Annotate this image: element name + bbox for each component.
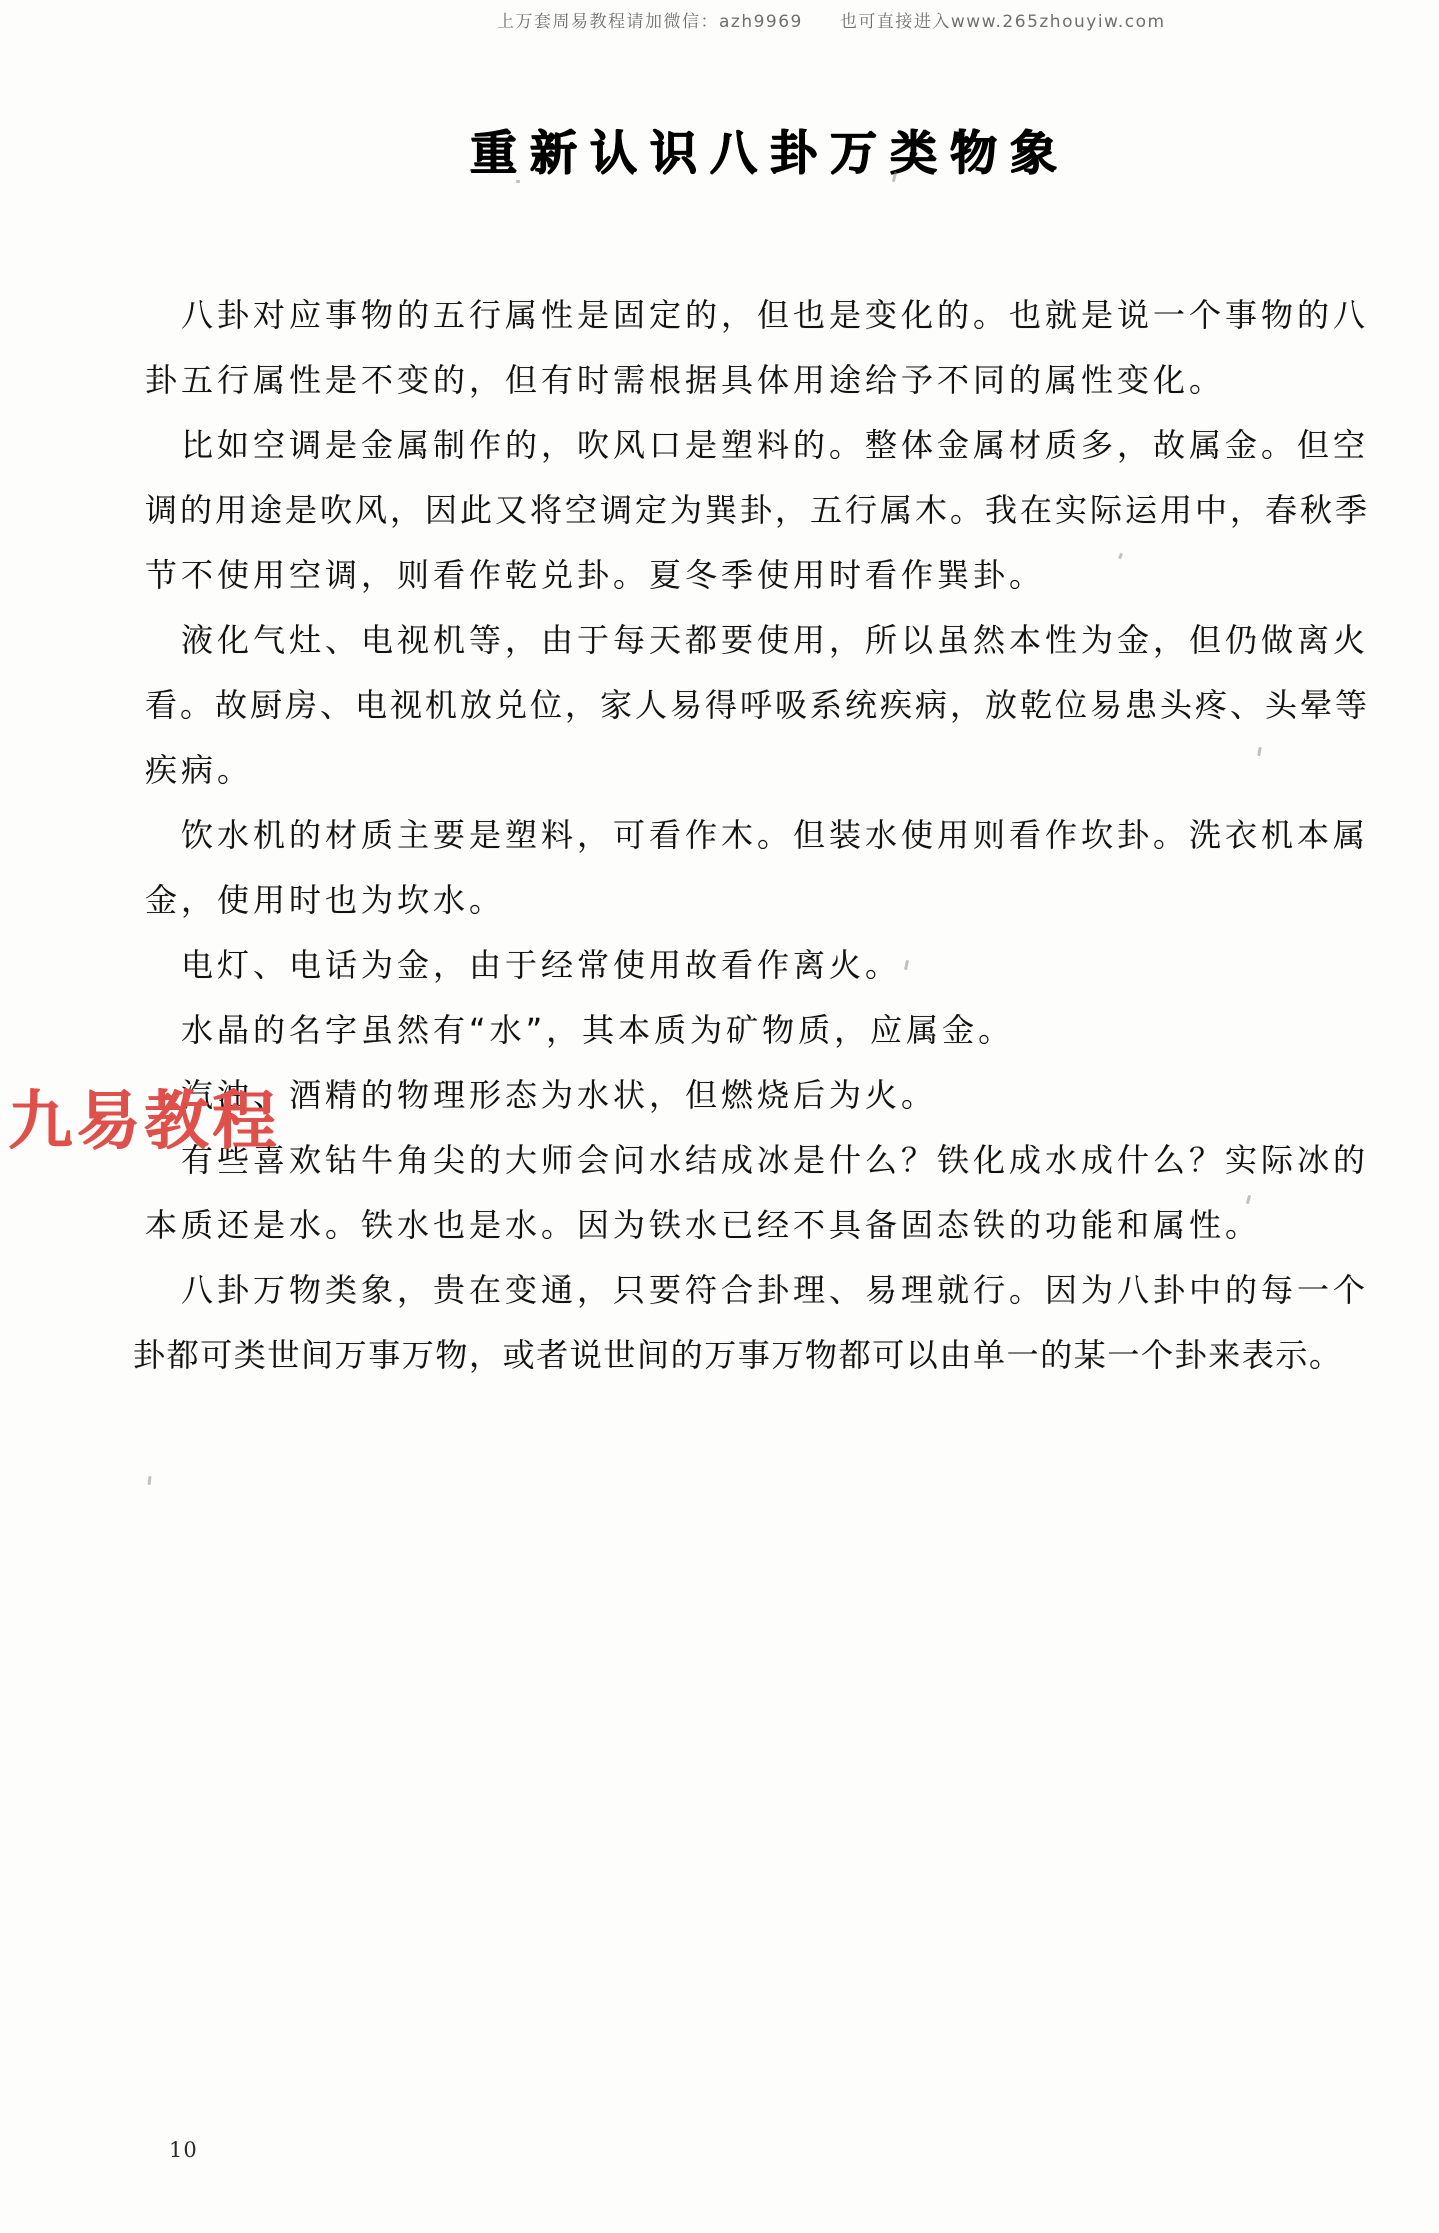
scan-header-note: 上万套周易教程请加微信：azh9969 也可直接进入www.265zhouyiw… bbox=[497, 7, 1166, 32]
body-line: 节不使用空调，则看作乾兑卦。夏冬季使用时看作巽卦。 bbox=[145, 543, 1395, 608]
body-line: 饮水机的材质主要是塑料，可看作木。但装水使用则看作坎卦。洗衣机本属 bbox=[145, 803, 1395, 868]
body-line: 比如空调是金属制作的，吹风口是塑料的。整体金属材质多，故属金。但空 bbox=[145, 413, 1395, 478]
body-line: 看。故厨房、电视机放兑位，家人易得呼吸系统疾病，放乾位易患头疼、头晕等 bbox=[145, 673, 1395, 738]
body-line: 电灯、电话为金，由于经常使用故看作离火。 bbox=[145, 933, 1395, 998]
body-line: 金，使用时也为坎水。 bbox=[145, 868, 1395, 933]
body-line: 八卦对应事物的五行属性是固定的，但也是变化的。也就是说一个事物的八 bbox=[145, 283, 1395, 348]
body-text-block: 八卦对应事物的五行属性是固定的，但也是变化的。也就是说一个事物的八 卦五行属性是… bbox=[145, 283, 1395, 1388]
body-line: 疾病。 bbox=[145, 738, 1395, 803]
body-line: 调的用途是吹风，因此又将空调定为巽卦，五行属木。我在实际运用中，春秋季 bbox=[145, 478, 1395, 543]
body-line: 本质还是水。铁水也是水。因为铁水已经不具备固态铁的功能和属性。 bbox=[145, 1193, 1395, 1258]
page-title: 重新认识八卦万类物象 bbox=[470, 116, 1070, 183]
body-line: 八卦万物类象，贵在变通，只要符合卦理、易理就行。因为八卦中的每一个 bbox=[145, 1258, 1395, 1323]
scanned-document-page: 上万套周易教程请加微信：azh9969 也可直接进入www.265zhouyiw… bbox=[0, 0, 1439, 2233]
body-line: 有些喜欢钻牛角尖的大师会问水结成冰是什么？铁化成水成什么？实际冰的 bbox=[145, 1128, 1395, 1193]
body-line: 液化气灶、电视机等，由于每天都要使用，所以虽然本性为金，但仍做离火 bbox=[145, 608, 1395, 673]
red-watermark: 九易教程 bbox=[8, 1070, 280, 1162]
page-number: 10 bbox=[169, 2138, 198, 2162]
body-line: 水晶的名字虽然有“水”，其本质为矿物质，应属金。 bbox=[145, 998, 1395, 1063]
scan-artifact bbox=[147, 1476, 151, 1485]
body-line: 汽油、酒精的物理形态为水状，但燃烧后为火。 bbox=[145, 1063, 1395, 1128]
scan-artifact bbox=[516, 180, 520, 183]
body-line: 卦五行属性是不变的，但有时需根据具体用途给予不同的属性变化。 bbox=[145, 348, 1395, 413]
body-line: 卦都可类世间万事万物，或者说世间的万事万物都可以由单一的某一个卦来表示。 bbox=[133, 1323, 1395, 1388]
